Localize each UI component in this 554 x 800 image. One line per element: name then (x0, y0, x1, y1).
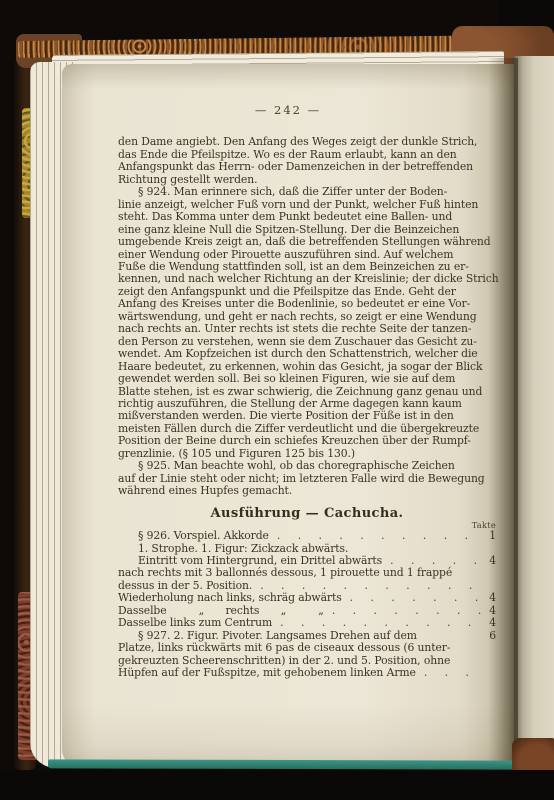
stained-page-bottom-edge (48, 759, 518, 769)
dot-leader: . . . . . . . . . . . . . . . . . . . . … (324, 605, 482, 617)
dot-leader: . . . . . . . . . . . . . . . . . . . . … (269, 530, 482, 542)
book-photo: { "page": { "number": "242", "number_dis… (0, 0, 554, 800)
page-content: — 242 — den Dame angiebt. Den Anfang des… (118, 104, 496, 680)
text-line: wendet. Am Kopfzeichen ist durch den Sch… (118, 348, 496, 360)
paragraph-925: § 925. Man beachte wohl, ob das choregra… (118, 460, 496, 497)
text-line: Anfangspunkt das Herrn- oder Damenzeiche… (118, 161, 496, 173)
takte-count: 4 (482, 617, 496, 629)
page-number: — 242 — (118, 104, 458, 116)
text-line: § 924. Man erinnere sich, daß die Ziffer… (118, 186, 496, 198)
dot-leader: . . . . . . . . . . . . . . . . . . . . … (416, 667, 482, 679)
takte-count: 4 (482, 555, 496, 567)
takte-count: 6 (482, 630, 496, 642)
dot-leader: . . . . . . . . . . . . . . . . . . . . … (272, 617, 482, 629)
program-line-text: § 926. Vorspiel. Akkorde (118, 530, 269, 542)
takte-count: 1 (482, 530, 496, 542)
facing-page-edge (514, 56, 554, 756)
text-line: mißverstanden werden. Die vierte Positio… (118, 410, 496, 422)
program-line: Dasselbe links zum Centrum. . . . . . . … (118, 617, 496, 629)
paragraph-continuation: den Dame angiebt. Den Anfang des Weges z… (118, 136, 496, 186)
text-line: umgebende Kreis zeigt an, daß die betref… (118, 236, 496, 248)
text-line: Anfang des Kreises unter die Bodenlinie,… (118, 298, 496, 310)
text-line: steht. Das Komma unter dem Punkt bedeute… (118, 211, 496, 223)
program-line: Hüpfen auf der Fußspitze, mit gehobenem … (118, 667, 496, 679)
program-line: Platze, links rückwärts mit 6 pas de cis… (118, 642, 496, 654)
text-line: nach rechts an. Unter rechts ist stets d… (118, 323, 496, 335)
program-line: Wiederholung nach links, schräg abwärts.… (118, 592, 496, 604)
program-line-text: Platze, links rückwärts mit 6 pas de cis… (118, 642, 450, 654)
program-line: § 926. Vorspiel. Akkorde. . . . . . . . … (118, 530, 496, 542)
program-line-text: Hüpfen auf der Fußspitze, mit gehobenem … (118, 667, 416, 679)
text-line: Position der Beine durch ein schiefes Kr… (118, 435, 496, 447)
background-bottom (0, 770, 554, 800)
text-line: § 925. Man beachte wohl, ob das choregra… (118, 460, 496, 472)
dot-leader: . . . . . . . . . . . . . . . . . . . . … (342, 592, 482, 604)
program-line-text: Wiederholung nach links, schräg abwärts (118, 592, 342, 604)
program-line-text: Dasselbe links zum Centrum (118, 617, 272, 629)
text-line: gewendet werden soll. Bei so kleinen Fig… (118, 373, 496, 385)
text-line: während eines Hupfes gemacht. (118, 485, 496, 497)
takte-count: 4 (482, 592, 496, 604)
dance-program-list: § 926. Vorspiel. Akkorde. . . . . . . . … (118, 530, 496, 679)
section-heading: Ausführung — Cachucha. (118, 506, 496, 521)
paragraph-924: § 924. Man erinnere sich, daß die Ziffer… (118, 186, 496, 460)
